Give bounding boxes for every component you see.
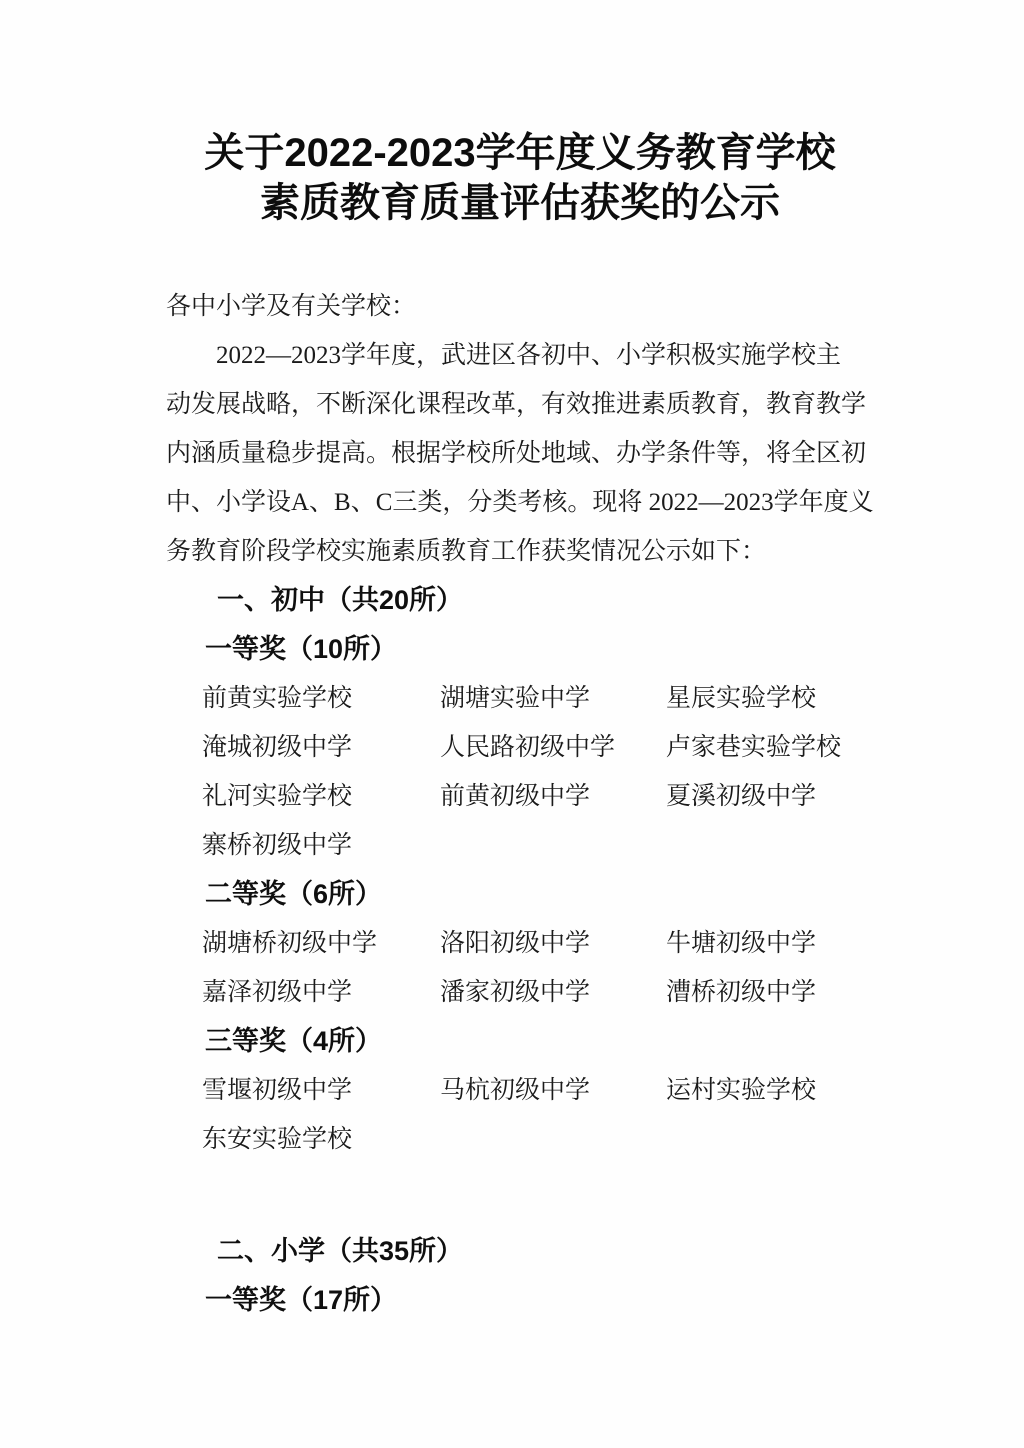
- school-list: 湖塘桥初级中学洛阳初级中学牛塘初级中学嘉泽初级中学潘家初级中学漕桥初级中学: [166, 919, 874, 1017]
- document-content: 关于2022-2023学年度义务教育学校 素质教育质量评估获奖的公示 各中小学及…: [166, 128, 874, 1325]
- school-name: 嘉泽初级中学: [202, 968, 440, 1017]
- school-name: 牛塘初级中学: [666, 919, 874, 968]
- school-name: 潘家初级中学: [440, 968, 666, 1017]
- school-name: 星辰实验学校: [666, 674, 874, 723]
- school-name: 夏溪初级中学: [666, 772, 874, 821]
- award-sections: 一、初中（共20所）一等奖（10所）前黄实验学校湖塘实验中学星辰实验学校淹城初级…: [166, 576, 874, 1325]
- document-body: 各中小学及有关学校： 2022—2023学年度，武进区各初中、小学积极实施学校主…: [166, 282, 874, 1325]
- salutation: 各中小学及有关学校：: [166, 282, 874, 331]
- paragraph-line: 动发展战略，不断深化课程改革，有效推进素质教育，教育教学: [166, 380, 874, 429]
- section-heading: 一、初中（共20所）: [166, 576, 874, 625]
- school-name: 湖塘桥初级中学: [202, 919, 440, 968]
- school-list: 雪堰初级中学马杭初级中学运村实验学校东安实验学校: [166, 1066, 874, 1164]
- paragraph-line: 2022—2023学年度，武进区各初中、小学积极实施学校主: [166, 331, 874, 380]
- award-group-label: 二等奖（6所）: [166, 870, 874, 919]
- paragraph-line: 中、小学设A、B、C三类，分类考核。现将 2022—2023学年度义: [166, 478, 874, 527]
- school-name: 洛阳初级中学: [440, 919, 666, 968]
- school-name: 运村实验学校: [666, 1066, 874, 1115]
- school-name: 寨桥初级中学: [202, 821, 440, 870]
- school-name: 淹城初级中学: [202, 723, 440, 772]
- school-name: 马杭初级中学: [440, 1066, 666, 1115]
- school-name: 前黄初级中学: [440, 772, 666, 821]
- school-name: 湖塘实验中学: [440, 674, 666, 723]
- award-section: 二、小学（共35所）一等奖（17所）: [166, 1227, 874, 1325]
- document-title: 关于2022-2023学年度义务教育学校 素质教育质量评估获奖的公示: [166, 128, 874, 228]
- school-name: 卢家巷实验学校: [666, 723, 874, 772]
- title-line-1: 关于2022-2023学年度义务教育学校: [166, 128, 874, 178]
- paragraph-line: 内涵质量稳步提高。根据学校所处地域、办学条件等，将全区初: [166, 429, 874, 478]
- school-name: 雪堰初级中学: [202, 1066, 440, 1115]
- section-heading: 二、小学（共35所）: [166, 1227, 874, 1276]
- school-name: 前黄实验学校: [202, 674, 440, 723]
- award-group-label: 一等奖（17所）: [166, 1276, 874, 1325]
- school-list: 前黄实验学校湖塘实验中学星辰实验学校淹城初级中学人民路初级中学卢家巷实验学校礼河…: [166, 674, 874, 870]
- paragraph-line: 务教育阶段学校实施素质教育工作获奖情况公示如下：: [166, 527, 874, 576]
- award-section: 一、初中（共20所）一等奖（10所）前黄实验学校湖塘实验中学星辰实验学校淹城初级…: [166, 576, 874, 1164]
- school-name: 礼河实验学校: [202, 772, 440, 821]
- body-paragraph: 2022—2023学年度，武进区各初中、小学积极实施学校主动发展战略，不断深化课…: [166, 331, 874, 576]
- award-group-label: 三等奖（4所）: [166, 1017, 874, 1066]
- document-page: 关于2022-2023学年度义务教育学校 素质教育质量评估获奖的公示 各中小学及…: [0, 0, 1024, 1448]
- school-name: 漕桥初级中学: [666, 968, 874, 1017]
- school-name: 人民路初级中学: [440, 723, 666, 772]
- award-group-label: 一等奖（10所）: [166, 625, 874, 674]
- school-name: 东安实验学校: [202, 1115, 440, 1164]
- title-line-2: 素质教育质量评估获奖的公示: [166, 178, 874, 228]
